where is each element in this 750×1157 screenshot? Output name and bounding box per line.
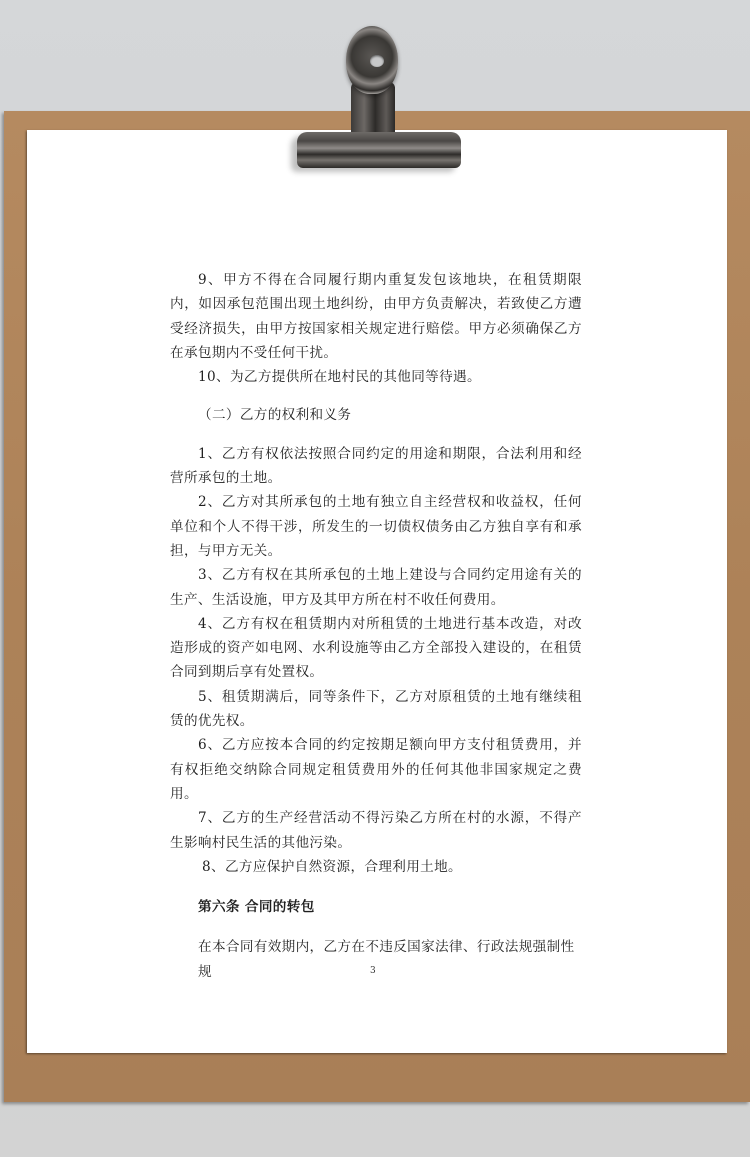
clause-text: 乙方有权在其所承包的土地上建设与合同约定用途有关的生产、生活设施，甲方及其甲方所…	[170, 567, 582, 607]
clause-number: 3、	[198, 567, 222, 583]
clause-text: 乙方对其所承包的土地有独立自主经营权和收益权，任何单位和个人不得干涉，所发生的一…	[170, 494, 582, 559]
clause-number: 5、	[198, 689, 222, 705]
clause-b-1: 1、乙方有权依法按照合同约定的用途和期限，合法利用和经营所承包的土地。	[170, 442, 582, 491]
clause-text: 乙方的生产经营活动不得污染乙方所在村的水源，不得产生影响村民生活的其他污染。	[170, 810, 582, 850]
clause-text: 甲方不得在合同履行期内重复发包该地块，在租赁期限内，如因承包范围出现土地纠纷，由…	[170, 272, 582, 361]
clause-b-4: 4、乙方有权在租赁期内对所租赁的土地进行基本改造，对改造形成的资产如电网、水利设…	[170, 612, 582, 685]
clause-b-6: 6、乙方应按本合同的约定按期足额向甲方支付租赁费用，并有权拒绝交纳除合同规定租赁…	[170, 733, 582, 806]
document-body: 9、甲方不得在合同履行期内重复发包该地块，在租赁期限内，如因承包范围出现土地纠纷…	[170, 268, 582, 984]
clause-b-8: 8、乙方应保护自然资源，合理利用土地。	[170, 855, 582, 879]
clause-b-7: 7、乙方的生产经营活动不得污染乙方所在村的水源，不得产生影响村民生活的其他污染。	[170, 806, 582, 855]
clause-text: 为乙方提供所在地村民的其他同等待遇。	[230, 369, 481, 385]
clause-b-2: 2、乙方对其所承包的土地有独立自主经营权和收益权，任何单位和个人不得干涉，所发生…	[170, 490, 582, 563]
clause-text: 乙方应保护自然资源，合理利用土地。	[225, 859, 462, 875]
article-text: 在本合同有效期内，乙方在不违反国家法律、行政法规强制性规	[198, 935, 582, 984]
clause-number: 4、	[198, 616, 222, 632]
clause-text: 租赁期满后，同等条件下，乙方对原租赁的土地有继续租赁的优先权。	[170, 689, 582, 729]
clause-number: 7、	[198, 810, 222, 826]
clause-number: 8、	[202, 859, 225, 875]
clause-text: 乙方有权依法按照合同约定的用途和期限，合法利用和经营所承包的土地。	[170, 446, 582, 486]
clause-text: 乙方应按本合同的约定按期足额向甲方支付租赁费用，并有权拒绝交纳除合同规定租赁费用…	[170, 737, 582, 802]
clause-number: 10、	[198, 369, 230, 385]
clause-number: 1、	[198, 446, 222, 462]
clause-number: 6、	[198, 737, 222, 753]
clip-jaw	[297, 132, 461, 168]
clause-a-10: 10、为乙方提供所在地村民的其他同等待遇。	[170, 365, 582, 389]
clause-b-5: 5、租赁期满后，同等条件下，乙方对原租赁的土地有继续租赁的优先权。	[170, 685, 582, 734]
clause-number: 2、	[198, 494, 222, 510]
binder-clip-icon	[283, 22, 463, 172]
clip-hole	[370, 55, 384, 67]
section-title: （二）乙方的权利和义务	[170, 403, 582, 427]
clause-text: 乙方有权在租赁期内对所租赁的土地进行基本改造，对改造形成的资产如电网、水利设施等…	[170, 616, 582, 681]
page-number: 3	[370, 966, 376, 976]
clause-b-3: 3、乙方有权在其所承包的土地上建设与合同约定用途有关的生产、生活设施，甲方及其甲…	[170, 563, 582, 612]
article-heading: 第六条 合同的转包	[198, 895, 582, 919]
clause-number: 9、	[198, 272, 223, 288]
clause-a-9: 9、甲方不得在合同履行期内重复发包该地块，在租赁期限内，如因承包范围出现土地纠纷…	[170, 268, 582, 365]
